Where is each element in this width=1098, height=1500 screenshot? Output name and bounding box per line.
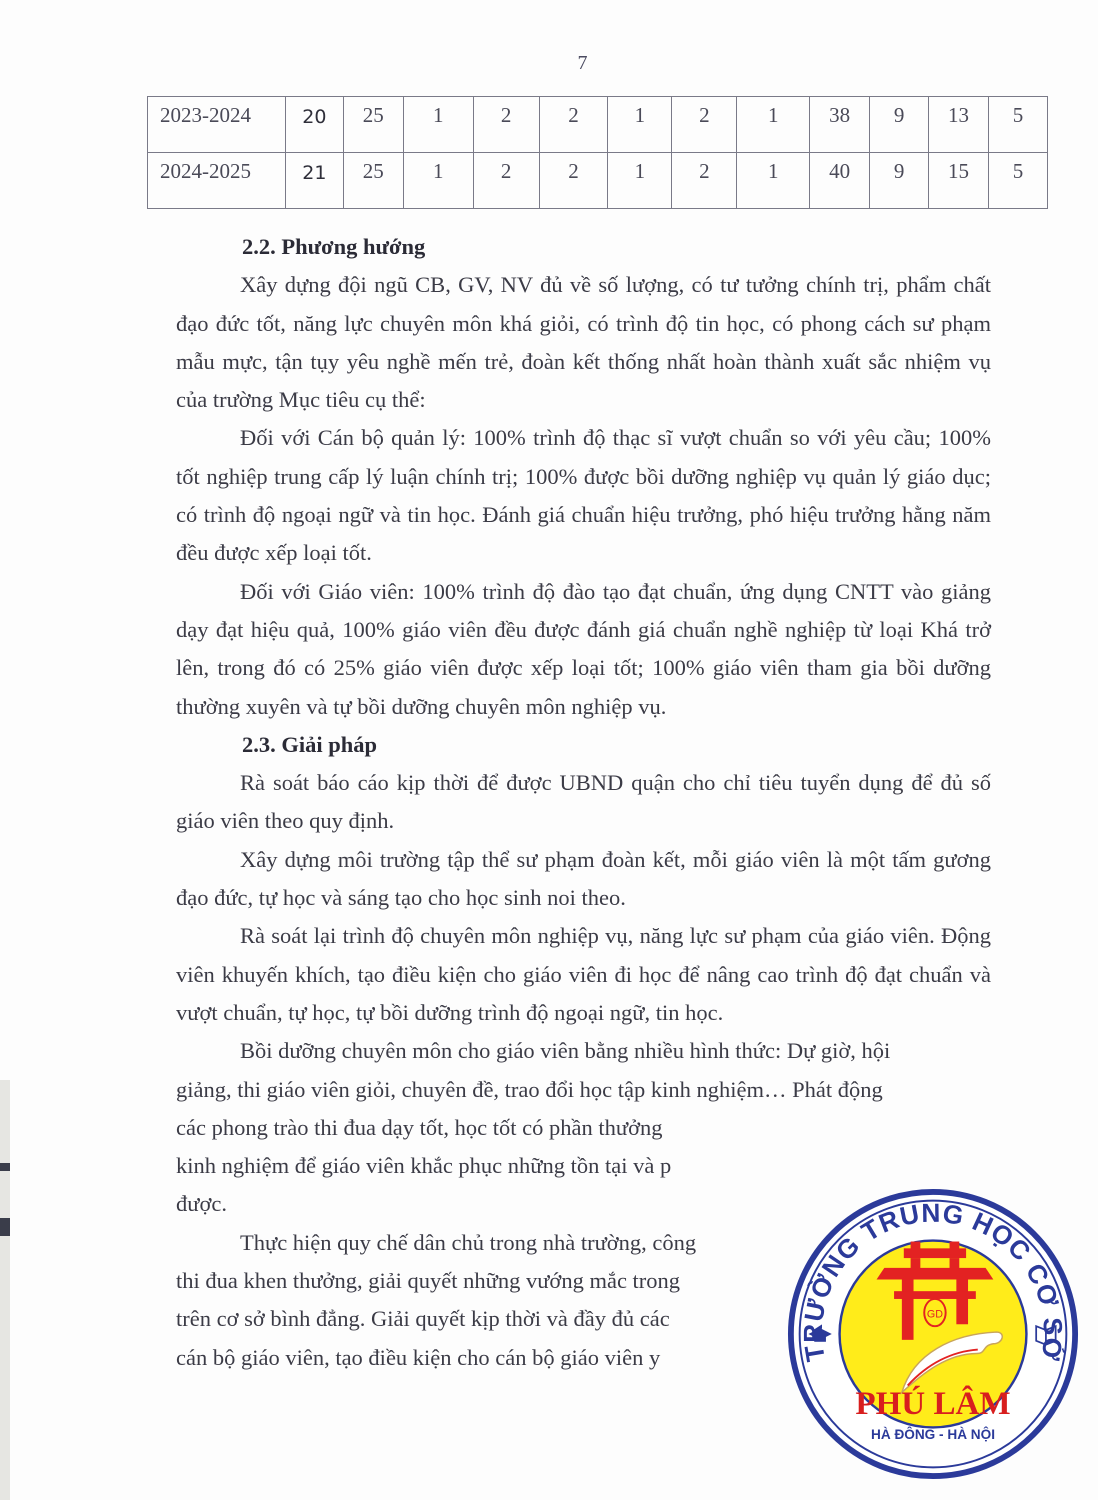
staff-statistics-table: 2023-202420251221213891352024-2025212512… xyxy=(147,96,1048,209)
scan-edge xyxy=(0,1080,10,1500)
table-cell: 21 xyxy=(285,153,343,209)
table-cell: 25 xyxy=(343,153,403,209)
paragraph: Đối với Giáo viên: 100% trình độ đào tạo… xyxy=(176,573,991,726)
table-cell: 25 xyxy=(343,97,403,153)
paragraph: Rà soát báo cáo kịp thời để được UBND qu… xyxy=(176,764,991,841)
table-cell: 1 xyxy=(737,153,810,209)
school-year-cell: 2024-2025 xyxy=(148,153,286,209)
school-year-cell: 2023-2024 xyxy=(148,97,286,153)
text-line: Bồi dưỡng chuyên môn cho giáo viên bằng … xyxy=(176,1032,991,1070)
scan-edge-mark xyxy=(0,1218,10,1236)
table-cell: 38 xyxy=(810,97,870,153)
text-line: trên cơ sở bình đẳng. Giải quyết kịp thờ… xyxy=(176,1300,736,1338)
table-cell: 15 xyxy=(929,153,989,209)
table-cell: 5 xyxy=(988,97,1047,153)
table-cell: 2 xyxy=(539,153,608,209)
table-cell: 1 xyxy=(608,97,672,153)
table-cell: 2 xyxy=(473,153,539,209)
paragraph: Rà soát lại trình độ chuyên môn nghiệp v… xyxy=(176,917,991,1032)
section-heading-2-3: 2.3. Giải pháp xyxy=(176,726,991,764)
table-cell: 1 xyxy=(403,153,473,209)
school-logo: TRƯỜNG TRUNG HỌC CƠ SỞ GD PHÚ LÂM HÀ ĐÔN… xyxy=(787,1188,1079,1480)
logo-school-name: PHÚ LÂM xyxy=(855,1384,1010,1422)
table-cell: 2 xyxy=(473,97,539,153)
logo-location: HÀ ĐÔNG - HÀ NỘI xyxy=(871,1427,995,1442)
table-cell: 1 xyxy=(403,97,473,153)
text-line: cán bộ giáo viên, tạo điều kiện cho cán … xyxy=(176,1339,736,1377)
text-line: giảng, thi giáo viên giỏi, chuyên đề, tr… xyxy=(176,1071,991,1109)
section-heading-2-2: 2.2. Phương hướng xyxy=(176,228,991,266)
logo-emblem-text: GD xyxy=(927,1308,943,1320)
text-line: Thực hiện quy chế dân chủ trong nhà trườ… xyxy=(176,1224,736,1262)
paragraph: Đối với Cán bộ quản lý: 100% trình độ th… xyxy=(176,419,991,572)
text-line: kinh nghiệm để giáo viên khắc phục những… xyxy=(176,1147,736,1185)
scan-edge-mark xyxy=(0,1163,10,1171)
table-row: 2023-20242025122121389135 xyxy=(148,97,1048,153)
table-cell: 13 xyxy=(929,97,989,153)
paragraph: Xây dựng môi trường tập thể sư phạm đoàn… xyxy=(176,841,991,918)
table-cell: 1 xyxy=(608,153,672,209)
table-cell: 1 xyxy=(737,97,810,153)
paragraph: Xây dựng đội ngũ CB, GV, NV đủ về số lượ… xyxy=(176,266,991,419)
page-number: 7 xyxy=(0,52,1098,75)
table-row: 2024-20252125122121409155 xyxy=(148,153,1048,209)
text-line: các phong trào thi đua dạy tốt, học tốt … xyxy=(176,1109,736,1147)
table-cell: 9 xyxy=(870,97,929,153)
table-cell: 2 xyxy=(672,97,737,153)
text-line: thi đua khen thưởng, giải quyết những vư… xyxy=(176,1262,736,1300)
table-cell: 9 xyxy=(870,153,929,209)
table-cell: 40 xyxy=(810,153,870,209)
table-cell: 2 xyxy=(539,97,608,153)
table-cell: 5 xyxy=(988,153,1047,209)
table-cell: 2 xyxy=(672,153,737,209)
table-cell: 20 xyxy=(285,97,343,153)
